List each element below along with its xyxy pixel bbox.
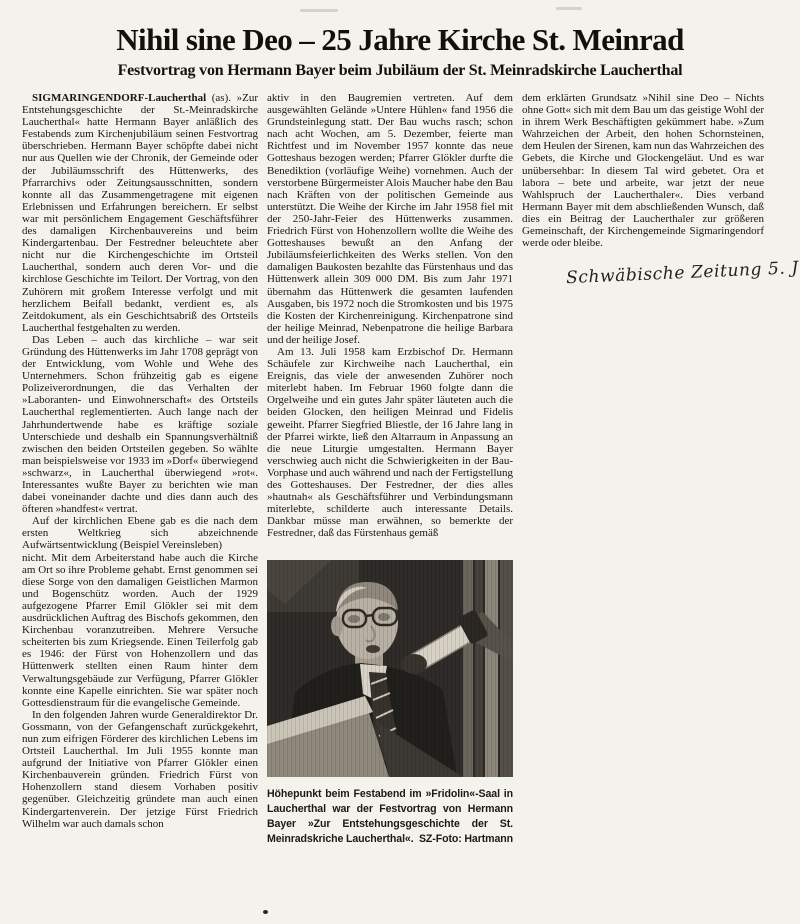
dateline-credit: (as). bbox=[212, 92, 231, 104]
speaker-photo bbox=[267, 560, 513, 777]
paragraph: nicht. Mit dem Arbeiterstand habe auch d… bbox=[22, 552, 258, 709]
paragraph: aktiv in den Baugremien vertreten. Auf d… bbox=[267, 92, 513, 346]
dateline: SIGMARINGENDORF-Laucherthal bbox=[32, 92, 206, 104]
lead-text: »Zur Entstehungsgeschichte der St.-Meinr… bbox=[22, 92, 258, 334]
text-column-2: aktiv in den Baugremien vertreten. Auf d… bbox=[267, 92, 513, 847]
paragraph: In den folgenden Jahren wurde Generaldir… bbox=[22, 709, 258, 830]
article-subheadline: Festvortrag von Hermann Bayer beim Jubil… bbox=[0, 62, 800, 80]
paragraph: Das Leben – auch das kirchliche – war se… bbox=[22, 334, 258, 515]
paragraph: Am 13. Juli 1958 kam Erzbischof Dr. Herm… bbox=[267, 346, 513, 540]
newspaper-clipping: { "masthead": { "headline": "Nihil sine … bbox=[0, 0, 800, 924]
paragraph: dem erklärten Grundsatz »Nihil sine Deo … bbox=[522, 92, 764, 249]
text-column-1: SIGMARINGENDORF-Laucherthal (as). »Zur E… bbox=[22, 92, 258, 830]
article-body: SIGMARINGENDORF-Laucherthal (as). »Zur E… bbox=[22, 92, 764, 847]
photo-figure: Höhepunkt beim Festabend im »Fridolin«-S… bbox=[267, 560, 513, 847]
scan-artifact bbox=[300, 9, 338, 12]
photo-credit: SZ-Foto: Hartmann bbox=[419, 832, 513, 847]
text-column-3: dem erklärten Grundsatz »Nihil sine Deo … bbox=[522, 92, 764, 249]
ink-speck bbox=[263, 910, 268, 914]
lead-paragraph: SIGMARINGENDORF-Laucherthal (as). »Zur E… bbox=[22, 92, 258, 334]
paragraph: Auf der kirchlichen Ebene gab es die nac… bbox=[22, 515, 258, 551]
photo-caption: Höhepunkt beim Festabend im »Fridolin«-S… bbox=[267, 787, 513, 847]
scan-artifact bbox=[556, 7, 582, 10]
article-headline: Nihil sine Deo – 25 Jahre Kirche St. Mei… bbox=[0, 22, 800, 58]
